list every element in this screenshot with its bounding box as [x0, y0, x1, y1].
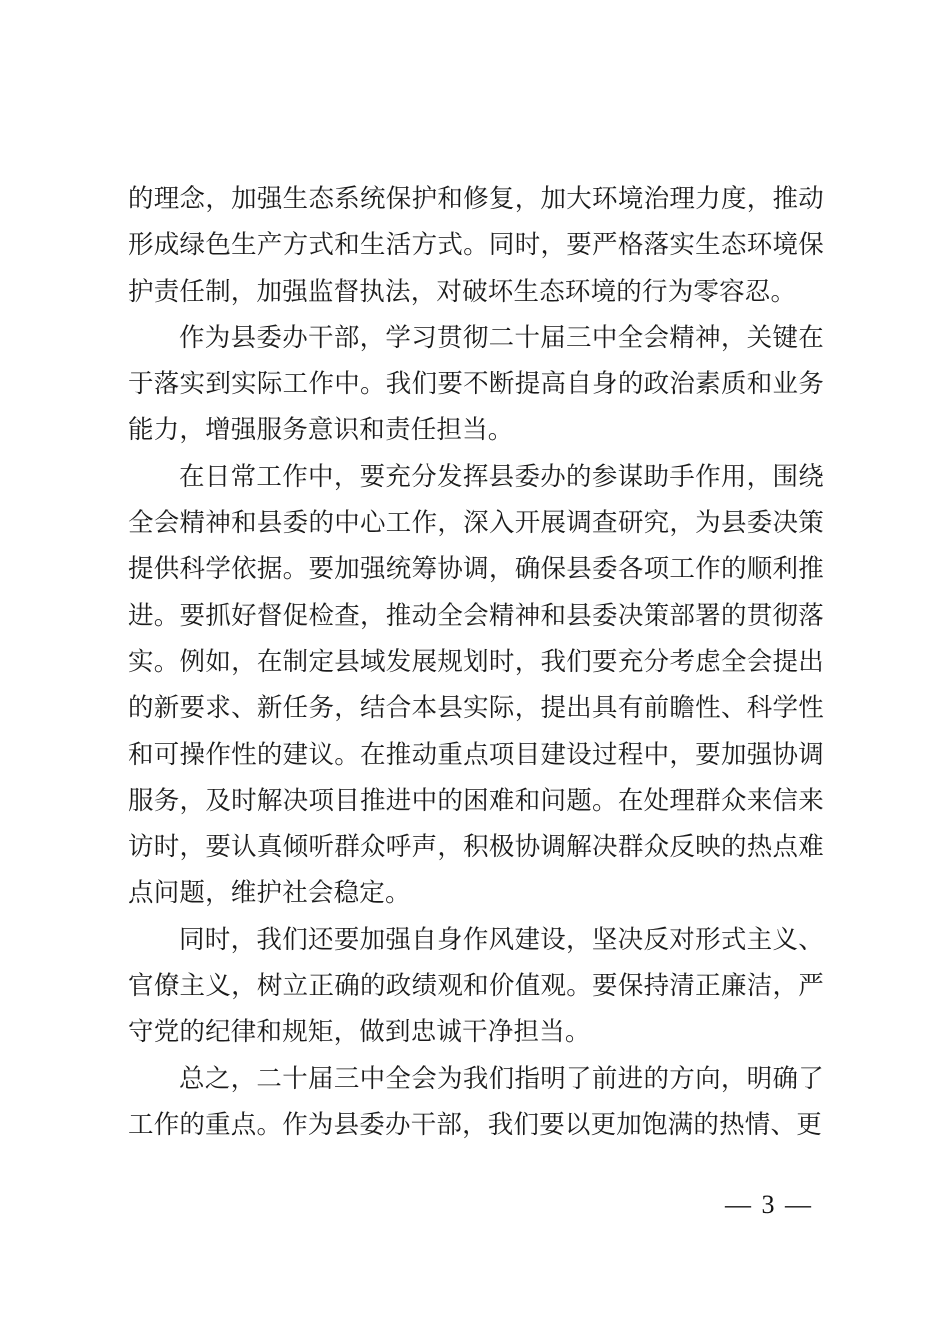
page-number: — 3 — [725, 1190, 813, 1220]
paragraph: 在日常工作中，要充分发挥县委办的参谋助手作用，围绕全会精神和县委的中心工作，深入… [128, 454, 824, 917]
paragraph: 总之，二十届三中全会为我们指明了前进的方向，明确了工作的重点。作为县委办干部，我… [128, 1056, 824, 1149]
paragraph: 同时，我们还要加强自身作风建设，坚决反对形式主义、官僚主义，树立正确的政绩观和价… [128, 917, 824, 1056]
document-page: 的理念，加强生态系统保护和修复，加大环境治理力度，推动形成绿色生产方式和生活方式… [0, 0, 950, 1344]
paragraph: 作为县委办干部，学习贯彻二十届三中全会精神，关键在于落实到实际工作中。我们要不断… [128, 315, 824, 454]
document-body: 的理念，加强生态系统保护和修复，加大环境治理力度，推动形成绿色生产方式和生活方式… [128, 176, 824, 1148]
paragraph: 的理念，加强生态系统保护和修复，加大环境治理力度，推动形成绿色生产方式和生活方式… [128, 176, 824, 315]
